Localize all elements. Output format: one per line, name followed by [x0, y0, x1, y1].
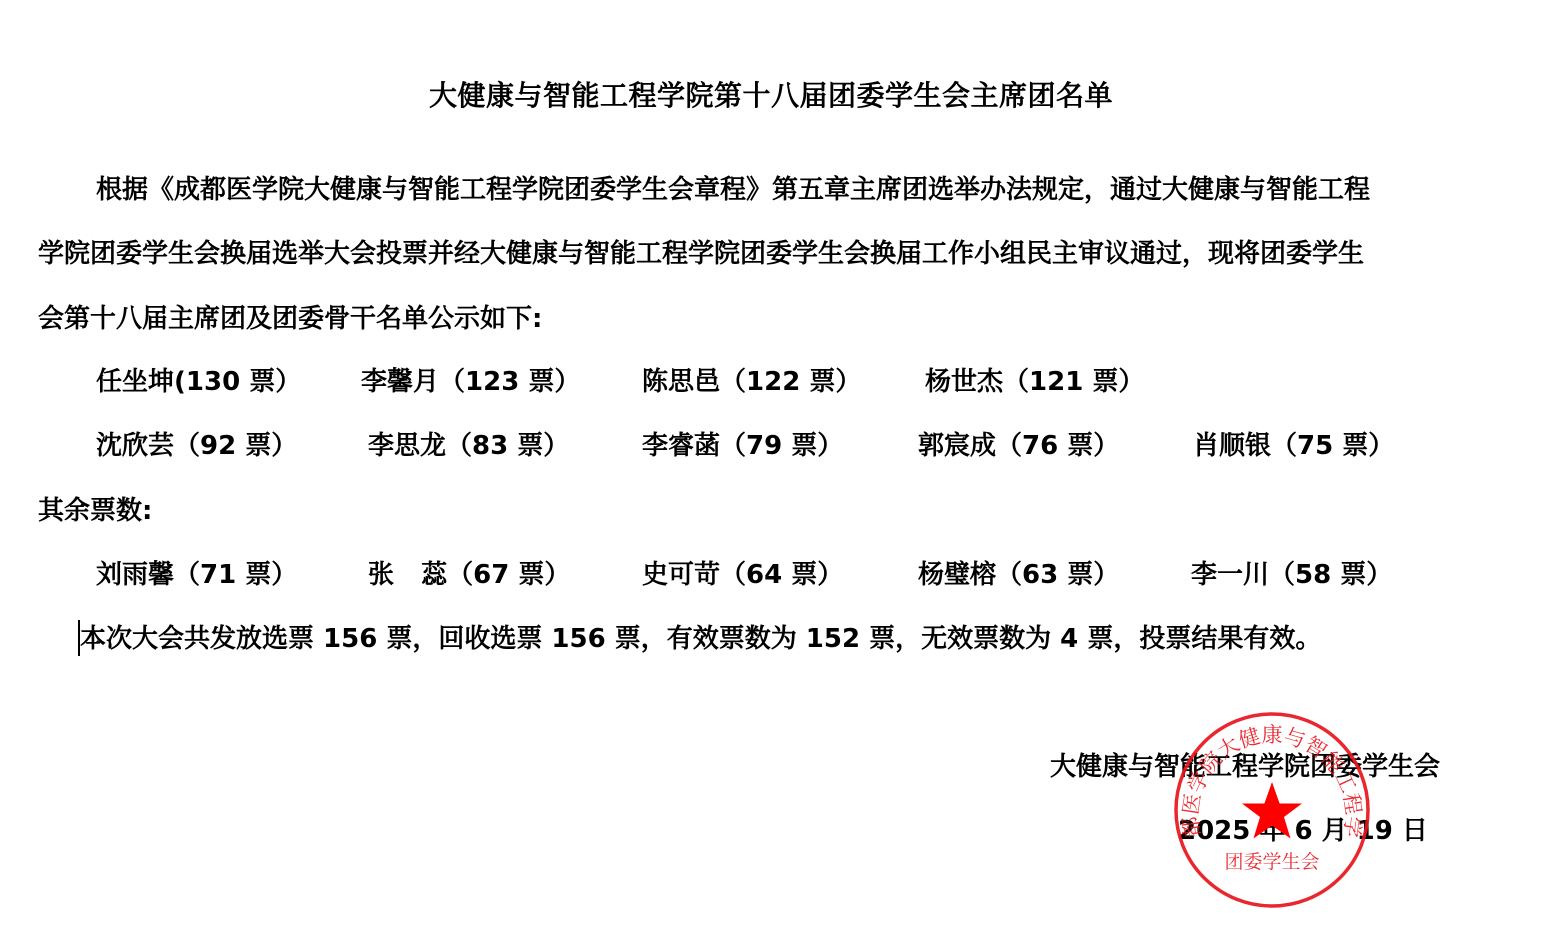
candidate-votes: （58 票）: [1269, 560, 1392, 590]
candidate-name: 肖顺银: [1193, 431, 1271, 461]
candidate-name: 杨世杰: [925, 367, 1003, 397]
candidate-name: 李馨月: [361, 367, 439, 397]
signature-organization: 大健康与智能工程学院团委学生会: [1050, 750, 1440, 784]
document-page: 大健康与智能工程学院第十八届团委学生会主席团名单 根据《成都医学院大健康与智能工…: [0, 0, 1542, 945]
candidate-votes: （71 票）: [174, 560, 297, 590]
document-title: 大健康与智能工程学院第十八届团委学生会主席团名单: [0, 74, 1542, 114]
candidate-entry: 李一川（58 票）: [1191, 558, 1392, 592]
others-row: 刘雨馨（71 票） 张 蕊（67 票） 史可苛（64 票） 杨璧榕（63 票） …: [0, 558, 1542, 592]
candidate-name: 李一川: [1191, 560, 1269, 590]
intro-line-3: 会第十八届主席团及团委骨干名单公示如下:: [38, 302, 542, 336]
candidate-entry: 刘雨馨（71 票）: [96, 558, 297, 592]
candidate-entry: 任坐坤(130 票）: [96, 365, 301, 399]
candidate-entry: 肖顺银（75 票）: [1193, 429, 1394, 463]
candidate-name: 史可苛: [642, 560, 720, 590]
candidate-votes: （121 票）: [1003, 367, 1144, 397]
other-votes-label: 其余票数:: [38, 494, 152, 528]
candidate-name: 杨璧榕: [918, 560, 996, 590]
elected-row-1: 任坐坤(130 票） 李馨月（123 票） 陈思邑（122 票） 杨世杰（121…: [0, 365, 1542, 399]
candidate-entry: 李睿菡（79 票）: [642, 429, 843, 463]
candidate-votes: （64 票）: [720, 560, 843, 590]
candidate-entry: 史可苛（64 票）: [642, 558, 843, 592]
candidate-entry: 张 蕊（67 票）: [368, 558, 570, 592]
candidate-entry: 杨世杰（121 票）: [925, 365, 1144, 399]
candidate-entry: 李思龙（83 票）: [368, 429, 569, 463]
candidate-name: 张 蕊: [368, 560, 447, 590]
candidate-name: 郭宸成: [918, 431, 996, 461]
signature-date: 2025 年 6 月 19 日: [1178, 814, 1428, 848]
intro-line-2: 学院团委学生会换届选举大会投票并经大健康与智能工程学院团委学生会换届工作小组民主…: [38, 237, 1364, 271]
candidate-votes: （92 票）: [174, 431, 297, 461]
candidate-votes: （75 票）: [1271, 431, 1394, 461]
official-seal-stamp: 成都医学院大健康与智能工程学院 团委学生会: [1172, 710, 1372, 910]
candidate-name: 任坐坤: [96, 367, 174, 397]
elected-row-2: 沈欣芸（92 票） 李思龙（83 票） 李睿菡（79 票） 郭宸成（76 票） …: [0, 429, 1542, 463]
seal-bottom-text: 团委学生会: [1224, 851, 1319, 873]
vote-summary: 本次大会共发放选票 156 票，回收选票 156 票，有效票数为 152 票，无…: [80, 622, 1321, 656]
candidate-votes: （79 票）: [720, 431, 843, 461]
candidate-entry: 沈欣芸（92 票）: [96, 429, 297, 463]
candidate-entry: 陈思邑（122 票）: [642, 365, 861, 399]
candidate-name: 刘雨馨: [96, 560, 174, 590]
candidate-entry: 杨璧榕（63 票）: [918, 558, 1119, 592]
candidate-votes: (130 票）: [174, 367, 301, 397]
candidate-votes: （123 票）: [439, 367, 580, 397]
candidate-votes: （122 票）: [720, 367, 861, 397]
candidate-votes: （63 票）: [996, 560, 1119, 590]
candidate-votes: （67 票）: [447, 560, 570, 590]
candidate-entry: 郭宸成（76 票）: [918, 429, 1119, 463]
candidate-name: 陈思邑: [642, 367, 720, 397]
candidate-name: 李思龙: [368, 431, 446, 461]
candidate-name: 沈欣芸: [96, 431, 174, 461]
candidate-name: 李睿菡: [642, 431, 720, 461]
candidate-votes: （83 票）: [446, 431, 569, 461]
intro-line-1: 根据《成都医学院大健康与智能工程学院团委学生会章程》第五章主席团选举办法规定，通…: [96, 173, 1370, 207]
candidate-entry: 李馨月（123 票）: [361, 365, 580, 399]
candidate-votes: （76 票）: [996, 431, 1119, 461]
